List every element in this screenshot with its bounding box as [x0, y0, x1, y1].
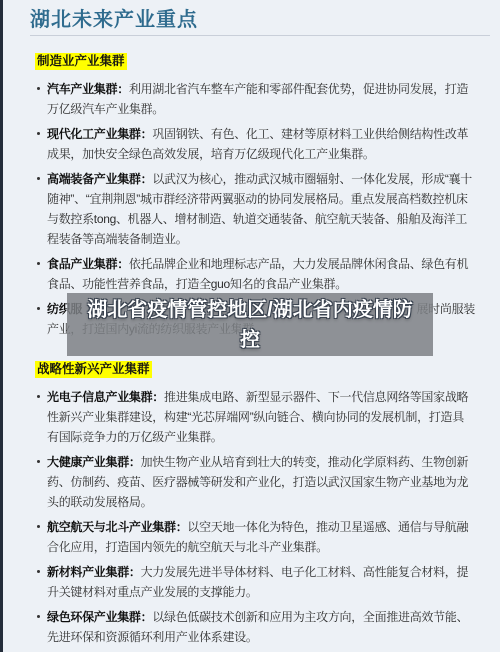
list-item: 绿色环保产业集群：以绿色低碳技术创新和应用为主攻方向，全面推进高效节能、先进环保… [35, 607, 475, 647]
list-item: 航空航天与北斗产业集群：以空天地一体化为特色，推动卫星遥感、通信与导航融合化应用… [35, 517, 475, 557]
bullet-text: 航空航天与北斗产业集群：以空天地一体化为特色，推动卫星遥感、通信与导航融合化应用… [47, 517, 475, 557]
bullet-text: 光电子信息产业集群：推进集成电路、新型显示器件、下一代信息网络等国家战略性新兴产… [47, 387, 475, 447]
list-item: 汽车产业集群：利用湖北省汽车整车产能和零部件配套优势，促进协同发展，打造万亿级汽… [35, 79, 475, 119]
section: 战略性新兴产业集群光电子信息产业集群：推进集成电路、新型显示器件、下一代信息网络… [0, 344, 500, 647]
bullet-title: 绿色环保产业集群： [47, 610, 152, 624]
bullet-dot-icon [37, 615, 40, 618]
bullet-text: 大健康产业集群：加快生物产业从培育到壮大的转变，推动化学原料药、生物创新药、仿制… [47, 452, 475, 512]
bullet-text: 食品产业集群：依托品牌企业和地理标志产品，大力发展品牌休闲食品、绿色有机食品、功… [47, 254, 475, 294]
bullet-dot-icon [37, 525, 40, 528]
list-item: 食品产业集群：依托品牌企业和地理标志产品，大力发展品牌休闲食品、绿色有机食品、功… [35, 254, 475, 294]
section-label: 制造业产业集群 [35, 53, 127, 70]
bullet-list: 光电子信息产业集群：推进集成电路、新型显示器件、下一代信息网络等国家战略性新兴产… [35, 387, 475, 647]
epidemic-overlay-banner: 湖北省疫情管控地区/湖北省内疫情防控 [67, 293, 433, 356]
left-edge-strip [0, 0, 3, 652]
bullet-text: 绿色环保产业集群：以绿色低碳技术创新和应用为主攻方向，全面推进高效节能、先进环保… [47, 607, 475, 647]
page: 湖北未来产业重点 制造业产业集群汽车产业集群：利用湖北省汽车整车产能和零部件配套… [0, 0, 500, 652]
list-item: 光电子信息产业集群：推进集成电路、新型显示器件、下一代信息网络等国家战略性新兴产… [35, 387, 475, 447]
bullet-dot-icon [37, 307, 40, 310]
list-item: 高端装备产业集群：以武汉为核心，推动武汉城市圈辐射、一体化发展，形成“襄十随神”… [35, 169, 475, 249]
bullet-dot-icon [37, 87, 40, 90]
list-item: 大健康产业集群：加快生物产业从培育到壮大的转变，推动化学原料药、生物创新药、仿制… [35, 452, 475, 512]
bullet-dot-icon [37, 177, 40, 180]
bullet-title: 高端装备产业集群： [47, 172, 152, 186]
bullet-dot-icon [37, 395, 40, 398]
list-item: 现代化工产业集群：巩固钢铁、有色、化工、建材等原材料工业供给侧结构性改革成果，加… [35, 124, 475, 164]
bullet-text: 汽车产业集群：利用湖北省汽车整车产能和零部件配套优势，促进协同发展，打造万亿级汽… [47, 79, 475, 119]
bullet-text: 新材料产业集群：大力发展先进半导体材料、电子化工材料、高性能复合材料，提升关键材… [47, 562, 475, 602]
overlay-banner-text: 湖北省疫情管控地区/湖北省内疫情防控 [82, 295, 418, 355]
bullet-title: 食品产业集群： [47, 257, 129, 271]
bullet-title: 大健康产业集群： [47, 455, 141, 469]
bullet-title: 新材料产业集群： [47, 565, 141, 579]
bullet-dot-icon [37, 460, 40, 463]
bullet-text: 高端装备产业集群：以武汉为核心，推动武汉城市圈辐射、一体化发展，形成“襄十随神”… [47, 169, 475, 249]
list-item: 新材料产业集群：大力发展先进半导体材料、电子化工材料、高性能复合材料，提升关键材… [35, 562, 475, 602]
bullet-dot-icon [37, 132, 40, 135]
page-title: 湖北未来产业重点 [0, 0, 500, 33]
bullet-title: 光电子信息产业集群： [47, 390, 164, 404]
bullet-text: 现代化工产业集群：巩固钢铁、有色、化工、建材等原材料工业供给侧结构性改革成果，加… [47, 124, 475, 164]
bullet-dot-icon [37, 570, 40, 573]
section-label: 战略性新兴产业集群 [35, 361, 152, 378]
bullet-title: 现代化工产业集群： [47, 127, 152, 141]
bullet-title: 汽车产业集群： [47, 82, 129, 96]
bullet-title: 航空航天与北斗产业集群： [47, 520, 187, 534]
bullet-dot-icon [37, 262, 40, 265]
